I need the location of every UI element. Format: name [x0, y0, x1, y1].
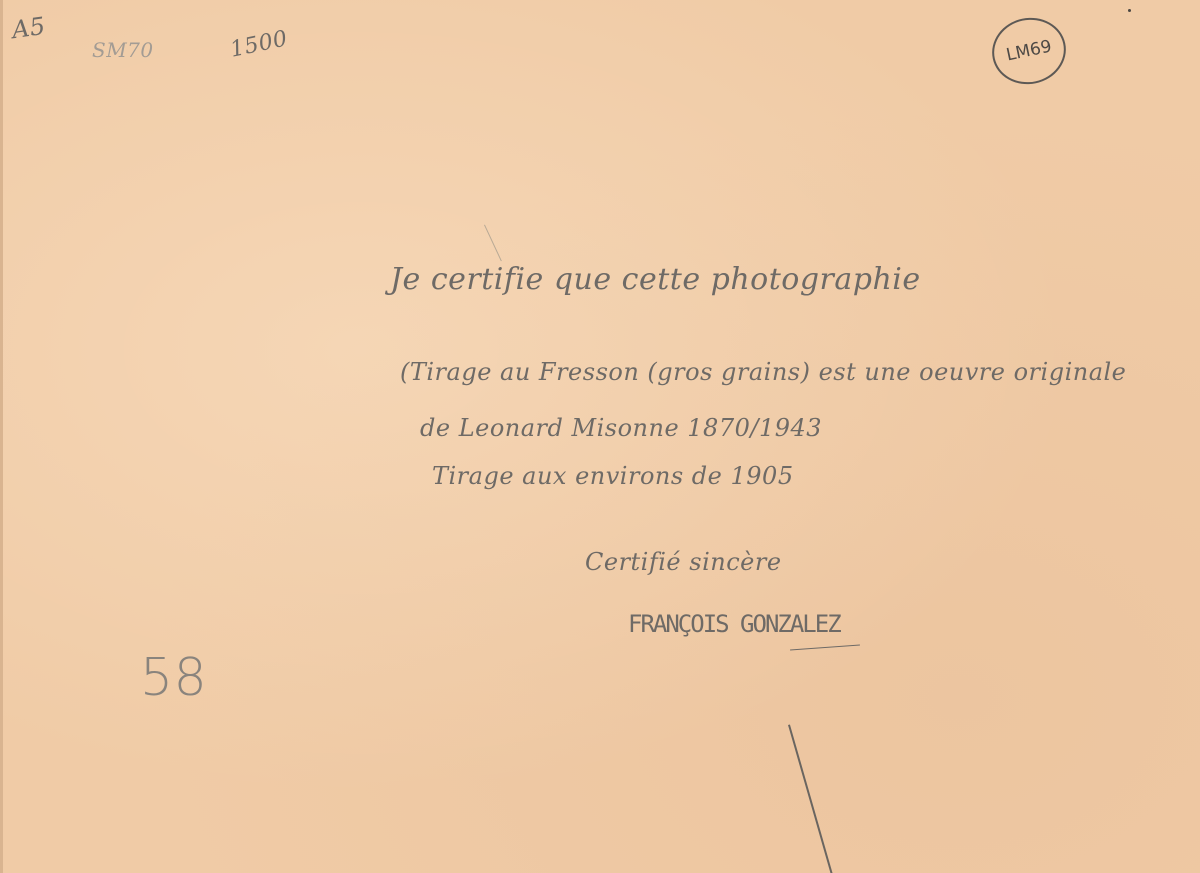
inscription-line-4: Tirage aux environs de 1905 — [432, 462, 794, 490]
certification-text: Certifié sincère — [585, 548, 782, 576]
ink-dot — [1128, 9, 1131, 12]
inventory-number: 58 — [140, 648, 207, 708]
stock-code: SM70 — [92, 38, 154, 62]
inscription-line-3: de Leonard Misonne 1870/1943 — [420, 414, 822, 442]
inscription-line-2: (Tirage au Fresson (gros grains) est une… — [400, 358, 1126, 386]
paper-edge — [0, 0, 3, 873]
inscription-line-1: Je certifie que cette photographie — [390, 262, 921, 297]
signature: FRANÇOIS GONZALEZ — [628, 610, 840, 638]
corner-mark-a5: A5 — [10, 12, 47, 44]
reference-code: LM69 — [1005, 36, 1054, 65]
